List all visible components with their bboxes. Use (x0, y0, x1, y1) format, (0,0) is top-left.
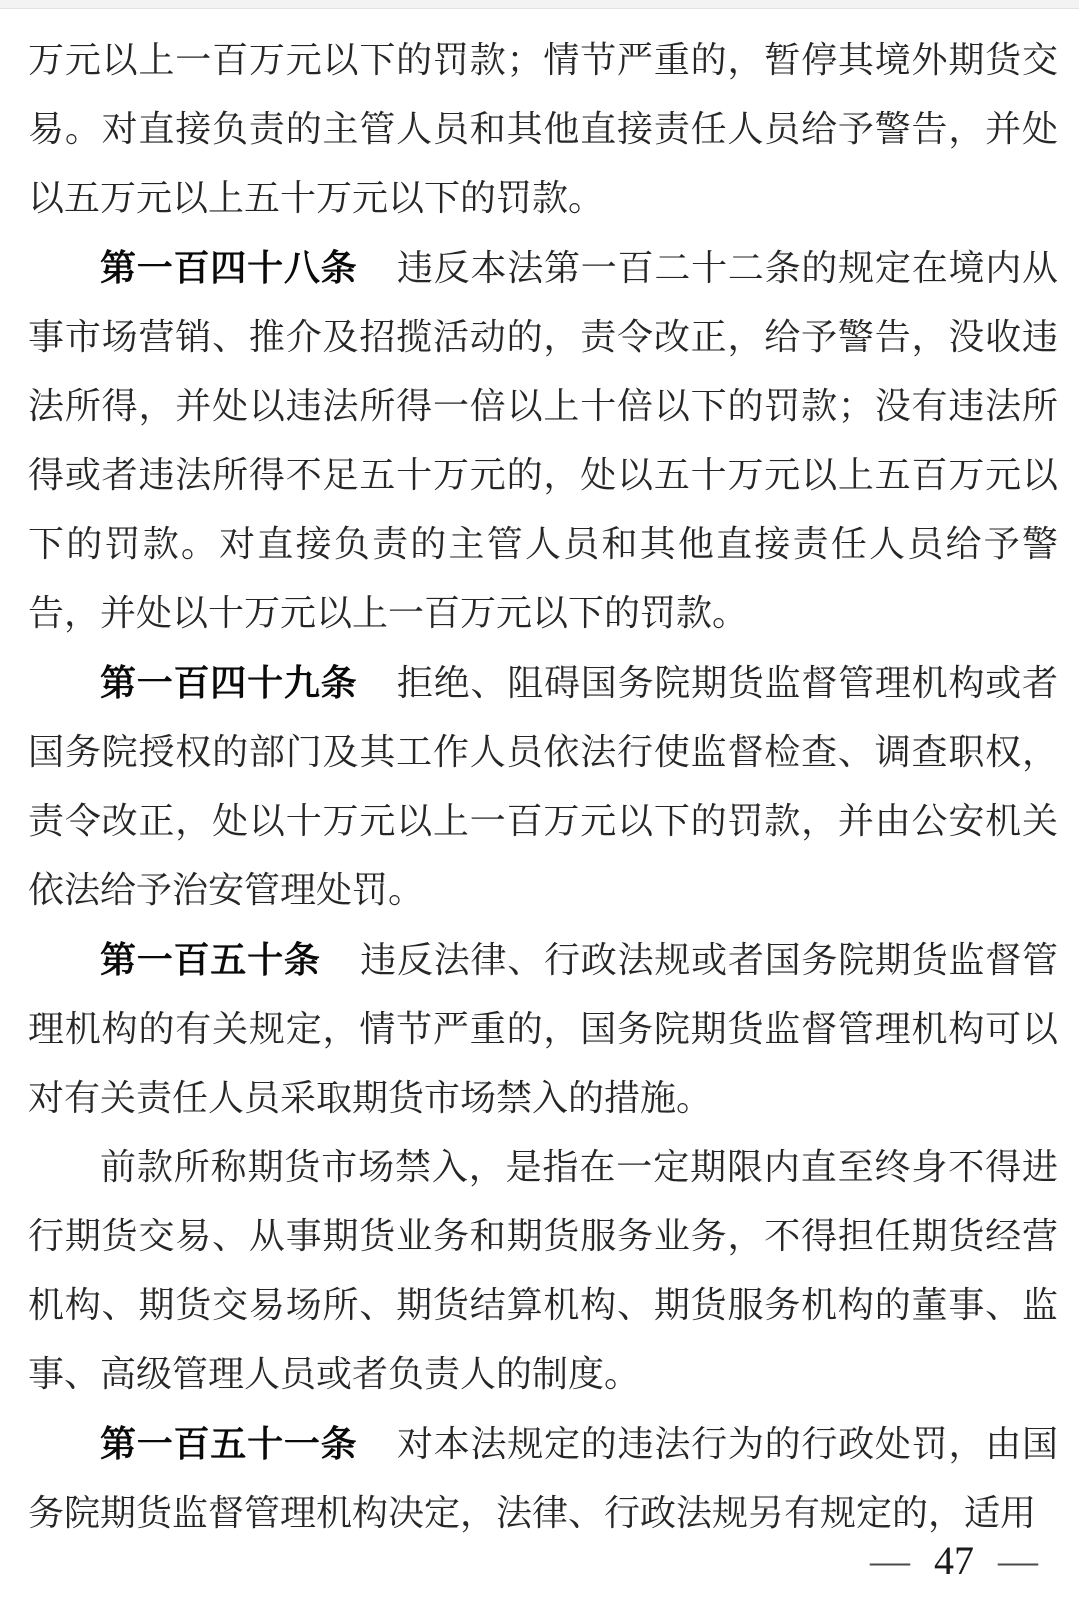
article-number: 第一百四十九条 (100, 662, 357, 703)
article-number: 第一百四十八条 (100, 247, 357, 288)
paragraph-article-150: 第一百五十条违反法律、行政法规或者国务院期货监督管理机构的有关规定，情节严重的，… (28, 925, 1058, 1133)
footer-dash-right: — (998, 1537, 1038, 1584)
paragraph-text: 前款所称期货市场禁入，是指在一定期限内直至终身不得进行期货交易、从事期货业务和期… (28, 1147, 1058, 1394)
article-number: 第一百五十一条 (100, 1423, 357, 1464)
page-number: 47 (934, 1537, 974, 1584)
paragraph-text: 万元以上一百万元以下的罚款；情节严重的，暂停其境外期货交易。对直接负责的主管人员… (28, 40, 1058, 218)
paragraph-text: 违反本法第一百二十二条的规定在境内从事市场营销、推介及招揽活动的，责令改正，给予… (28, 248, 1058, 633)
paragraph-article-148: 第一百四十八条违反本法第一百二十二条的规定在境内从事市场营销、推介及招揽活动的，… (28, 233, 1058, 648)
page-footer: — 47 — (870, 1537, 1038, 1584)
article-number: 第一百五十条 (100, 939, 321, 980)
paragraph-article-151: 第一百五十一条对本法规定的违法行为的行政处罚，由国务院期货监督管理机构决定，法律… (28, 1409, 1058, 1548)
footer-dash-left: — (870, 1537, 910, 1584)
document-body: 万元以上一百万元以下的罚款；情节严重的，暂停其境外期货交易。对直接负责的主管人员… (28, 26, 1058, 1548)
paragraph-article-149: 第一百四十九条拒绝、阻碍国务院期货监督管理机构或者国务院授权的部门及其工作人员依… (28, 648, 1058, 925)
page-top-edge (0, 0, 1079, 9)
paragraph-plain: 前款所称期货市场禁入，是指在一定期限内直至终身不得进行期货交易、从事期货业务和期… (28, 1133, 1058, 1409)
paragraph-continuation: 万元以上一百万元以下的罚款；情节严重的，暂停其境外期货交易。对直接负责的主管人员… (28, 26, 1058, 233)
